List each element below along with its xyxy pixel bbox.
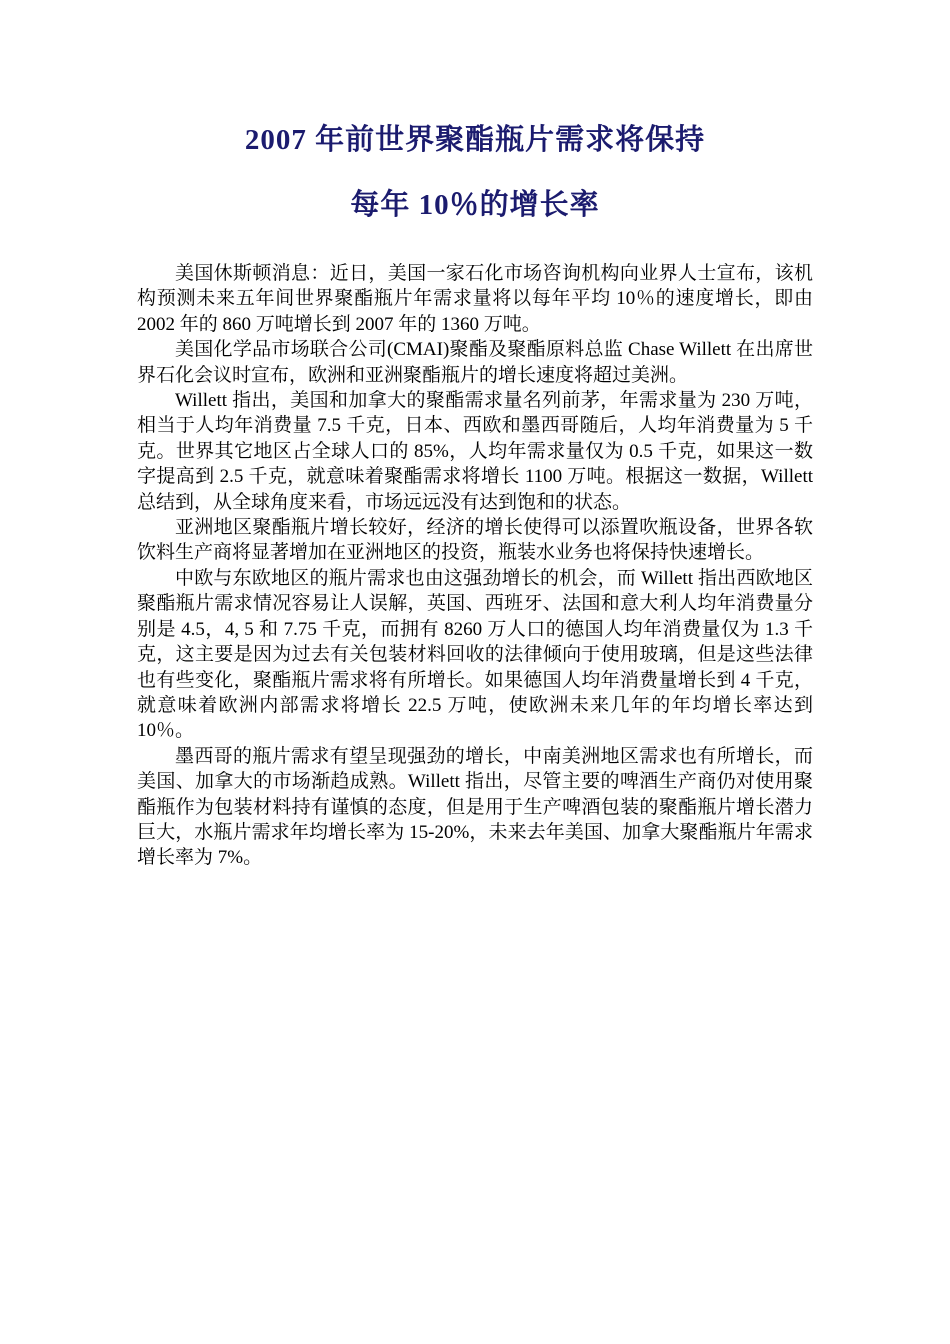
document-title-line-2: 每年 10％的增长率: [137, 187, 813, 223]
document-body: 美国休斯顿消息：近日，美国一家石化市场咨询机构向业界人士宣布，该机构预测未来五年…: [137, 261, 813, 871]
paragraph-asia-growth: 亚洲地区聚酯瓶片增长较好，经济的增长使得可以添置吹瓶设备，世界各软饮料生产商将显…: [137, 515, 813, 566]
document-page: 2007 年前世界聚酯瓶片需求将保持 每年 10％的增长率 美国休斯顿消息：近日…: [0, 0, 950, 1344]
document-content: 2007 年前世界聚酯瓶片需求将保持 每年 10％的增长率 美国休斯顿消息：近日…: [137, 0, 813, 871]
paragraph-europe-demand: 中欧与东欧地区的瓶片需求也由这强劲增长的机会，而 Willett 指出西欧地区聚…: [137, 566, 813, 744]
document-title-line-1: 2007 年前世界聚酯瓶片需求将保持: [137, 122, 813, 158]
paragraph-global-demand: Willett 指出，美国和加拿大的聚酯需求量名列前茅，年需求量为 230 万吨…: [137, 388, 813, 515]
paragraph-mexico-americas: 墨西哥的瓶片需求有望呈现强劲的增长，中南美洲地区需求也有所增长，而美国、加拿大的…: [137, 744, 813, 871]
paragraph-us-houston-news: 美国休斯顿消息：近日，美国一家石化市场咨询机构向业界人士宣布，该机构预测未来五年…: [137, 261, 813, 337]
paragraph-cmai-announcement: 美国化学品市场联合公司(CMAI)聚酯及聚酯原料总监 Chase Willett…: [137, 337, 813, 388]
